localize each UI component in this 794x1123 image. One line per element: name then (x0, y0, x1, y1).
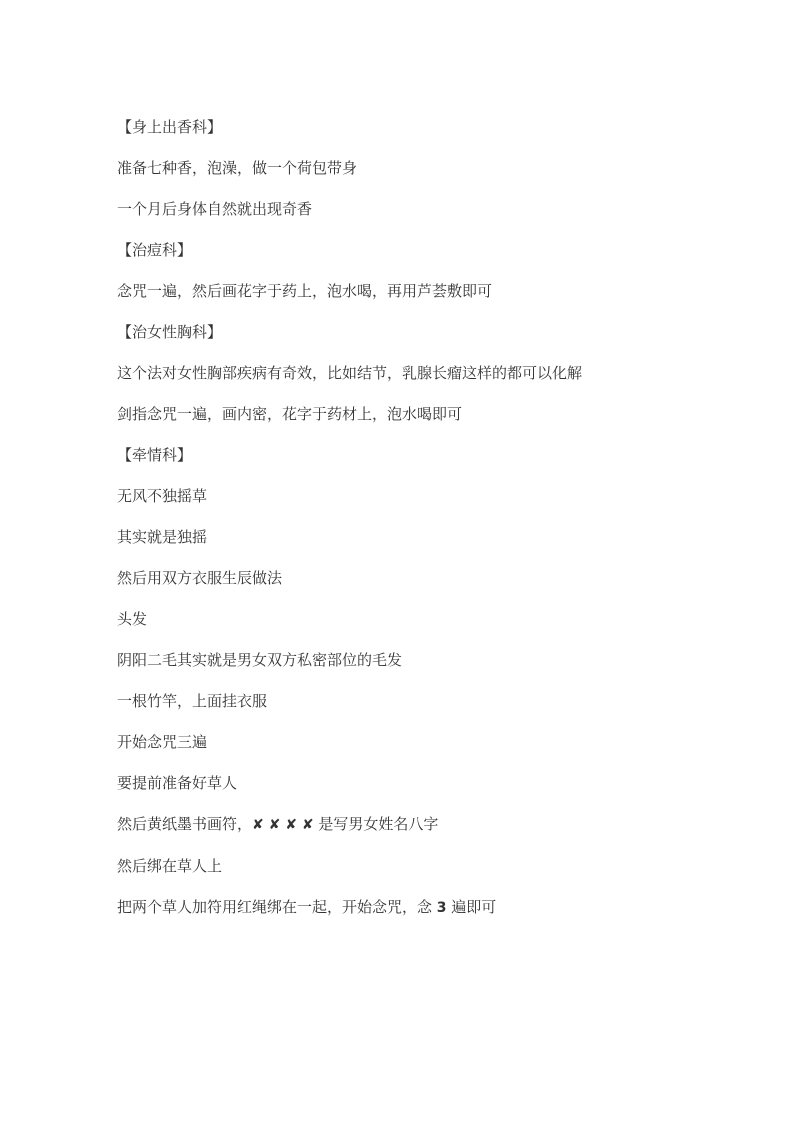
section-heading: 【身上出香科】 (117, 120, 717, 135)
paragraph: 要提前准备好草人 (117, 776, 717, 791)
paragraph: 头发 (117, 612, 717, 627)
paragraph: 一个月后身体自然就出现奇香 (117, 202, 717, 217)
bold-x-marks: ✘ ✘ ✘ ✘ (252, 817, 314, 833)
paragraph: 念咒一遍，然后画花字于药上，泡水喝，再用芦荟敷即可 (117, 284, 717, 299)
paragraph: 准备七种香，泡澡，做一个荷包带身 (117, 161, 717, 176)
paragraph: 开始念咒三遍 (117, 735, 717, 750)
bold-number: 3 (437, 900, 447, 916)
document-content: 【身上出香科】 准备七种香，泡澡，做一个荷包带身 一个月后身体自然就出现奇香 【… (117, 120, 717, 942)
section-heading: 【牵情科】 (117, 448, 717, 463)
paragraph: 无风不独摇草 (117, 489, 717, 504)
paragraph: 其实就是独摇 (117, 530, 717, 545)
text-run: 遍即可 (447, 898, 497, 916)
paragraph: 一根竹竿，上面挂衣服 (117, 694, 717, 709)
paragraph: 这个法对女性胸部疾病有奇效，比如结节，乳腺长瘤这样的都可以化解 (117, 366, 717, 381)
section-heading: 【治女性胸科】 (117, 325, 717, 340)
document-page: 【身上出香科】 准备七种香，泡澡，做一个荷包带身 一个月后身体自然就出现奇香 【… (0, 0, 794, 1123)
text-run: 是写男女姓名八字 (314, 815, 439, 833)
paragraph: 剑指念咒一遍，画内密，花字于药材上，泡水喝即可 (117, 407, 717, 422)
text-run: 然后黄纸墨书画符， (117, 815, 252, 833)
paragraph: 把两个草人加符用红绳绑在一起，开始念咒，念 3 遍即可 (117, 900, 717, 916)
paragraph: 然后黄纸墨书画符，✘ ✘ ✘ ✘ 是写男女姓名八字 (117, 817, 717, 833)
paragraph: 然后用双方衣服生辰做法 (117, 571, 717, 586)
text-run: 把两个草人加符用红绳绑在一起，开始念咒，念 (117, 898, 437, 916)
paragraph: 阴阳二毛其实就是男女双方私密部位的毛发 (117, 653, 717, 668)
section-heading: 【治痘科】 (117, 243, 717, 258)
paragraph: 然后绑在草人上 (117, 859, 717, 874)
